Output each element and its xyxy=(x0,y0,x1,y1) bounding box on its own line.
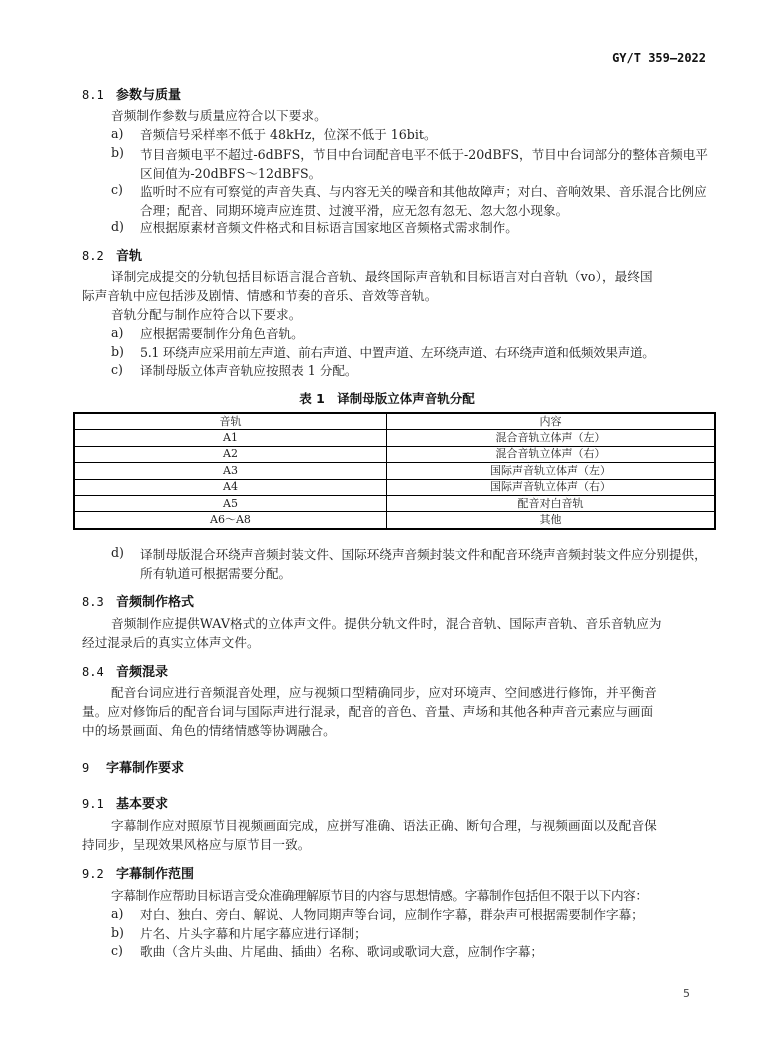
paragraph-line: 字幕制作应对照原节目视频画面完成，应拼写准确、语法正确、断句合理，与视频画面以及… xyxy=(111,817,657,835)
table-cell: A3 xyxy=(74,463,387,479)
paragraph-line: 音频制作应提供WAV格式的立体声文件。提供分轨文件时，混合音轨、国际声音轨、音乐… xyxy=(111,615,662,633)
section-title: 字幕制作范围 xyxy=(116,867,194,882)
list-marker: c) xyxy=(111,182,123,197)
list-item: 监听时不应有可察觉的声音失真、与内容无关的噪音和其他故障声；对白、音响效果、音乐… xyxy=(140,182,716,220)
section-title: 音频制作格式 xyxy=(116,595,194,610)
table-row: A2 混合音轨立体声（右） xyxy=(74,446,715,462)
page-number: 5 xyxy=(683,987,690,1000)
paragraph-line: 中的场景画面、角色的情绪情感等协调融合。 xyxy=(82,722,336,740)
column-header: 音轨 xyxy=(74,413,387,430)
list-item: 译制母版立体声音轨应按照表 1 分配。 xyxy=(140,362,716,380)
section-title: 音频混录 xyxy=(116,665,168,680)
table-row: A1 混合音轨立体声（左） xyxy=(74,430,715,446)
paragraph-line: 际声音轨中应包括涉及剧情、情感和节奏的音乐、音效等音轨。 xyxy=(82,287,437,305)
list-item: 5.1 环绕声应采用前左声道、前右声道、中置声道、左环绕声道、右环绕声道和低频效… xyxy=(140,344,730,362)
section-title: 参数与质量 xyxy=(116,88,181,103)
list-marker: a) xyxy=(111,126,123,141)
section-number: 8.2 xyxy=(82,249,116,263)
list-marker: a) xyxy=(111,906,123,921)
paragraph-line: 持同步，呈现效果风格应与原节目一致。 xyxy=(82,836,311,854)
track-allocation-table: 音轨 内容 A1 混合音轨立体声（左） A2 混合音轨立体声（右） A3 国际声… xyxy=(73,412,716,530)
section-number: 9.2 xyxy=(82,867,116,881)
list-item: 歌曲（含片头曲、片尾曲、插曲）名称、歌词或歌词大意，应制作字幕； xyxy=(140,943,716,961)
table-row: A6～A8 其他 xyxy=(74,512,715,529)
table-cell: 混合音轨立体声（左） xyxy=(387,430,716,446)
paragraph: 音轨分配与制作应符合以下要求。 xyxy=(111,306,301,324)
list-item: 应根据需要制作分角色音轨。 xyxy=(140,325,716,343)
section-number: 8.4 xyxy=(82,665,116,679)
list-item: 音频信号采样率不低于 48kHz，位深不低于 16bit。 xyxy=(140,126,716,144)
list-item: 节目音频电平不超过-6dBFS，节目中台词配音电平不低于-20dBFS，节目中台… xyxy=(140,145,716,183)
table-caption: 表 1 译制母版立体声音轨分配 xyxy=(0,389,774,407)
table-cell: 国际声音轨立体声（左） xyxy=(387,463,716,479)
section-heading-8-2: 8.2音轨 xyxy=(82,245,142,264)
list-marker: b) xyxy=(111,925,124,940)
table-cell: 配音对白音轨 xyxy=(387,495,716,511)
paragraph-line: 经过混录后的真实立体声文件。 xyxy=(82,634,260,652)
table-cell: A6～A8 xyxy=(74,512,387,529)
table-row: A3 国际声音轨立体声（左） xyxy=(74,463,715,479)
chapter-heading-9: 9字幕制作要求 xyxy=(82,757,184,776)
section-heading-9-2: 9.2字幕制作范围 xyxy=(82,863,194,882)
list-marker: d) xyxy=(111,545,124,560)
table-cell: A1 xyxy=(74,430,387,446)
section-number: 8.3 xyxy=(82,595,116,609)
standard-code: GY/T 359—2022 xyxy=(612,51,706,65)
table-row: A5 配音对白音轨 xyxy=(74,495,715,511)
chapter-title: 字幕制作要求 xyxy=(106,761,184,776)
list-item: 片名、片头字幕和片尾字幕应进行译制； xyxy=(140,925,716,943)
list-marker: b) xyxy=(111,145,124,160)
table-cell: 混合音轨立体声（右） xyxy=(387,446,716,462)
paragraph: 字幕制作应帮助目标语言受众准确理解原节目的内容与思想情感。字幕制作包括但不限于以… xyxy=(111,887,648,905)
table-cell: 其他 xyxy=(387,512,716,529)
section-heading-8-3: 8.3音频制作格式 xyxy=(82,591,194,610)
list-marker: a) xyxy=(111,325,123,340)
section-number: 8.1 xyxy=(82,88,116,102)
list-item: 译制母版混合环绕声音频封装文件、国际环绕声音频封装文件和配音环绕声音频封装文件应… xyxy=(140,545,716,583)
column-header: 内容 xyxy=(387,413,716,430)
section-heading-8-4: 8.4音频混录 xyxy=(82,661,168,680)
paragraph-line: 量。应对修饰后的配音台词与国际声进行混录，配音的音色、音量、声场和其他各种声音元… xyxy=(82,703,653,721)
list-marker: c) xyxy=(111,943,123,958)
table-row: A4 国际声音轨立体声（右） xyxy=(74,479,715,495)
chapter-number: 9 xyxy=(82,761,106,775)
list-item: 应根据原素材音频文件格式和目标语言国家地区音频格式需求制作。 xyxy=(140,219,716,237)
section-title: 基本要求 xyxy=(116,797,168,812)
list-marker: d) xyxy=(111,219,124,234)
table-header-row: 音轨 内容 xyxy=(74,413,715,430)
table-cell: 国际声音轨立体声（右） xyxy=(387,479,716,495)
paragraph: 音频制作参数与质量应符合以下要求。 xyxy=(111,107,327,125)
list-marker: c) xyxy=(111,362,123,377)
table-cell: A4 xyxy=(74,479,387,495)
section-heading-8-1: 8.1参数与质量 xyxy=(82,84,181,103)
list-item: 对白、独白、旁白、解说、人物同期声等台词，应制作字幕，群杂声可根据需要制作字幕； xyxy=(140,906,730,924)
section-title: 音轨 xyxy=(116,249,142,264)
table-cell: A5 xyxy=(74,495,387,511)
list-marker: b) xyxy=(111,344,124,359)
section-number: 9.1 xyxy=(82,797,116,811)
table-cell: A2 xyxy=(74,446,387,462)
paragraph-line: 译制完成提交的分轨包括目标语言混合音轨、最终国际声音轨和目标语言对白音轨（vo）… xyxy=(111,268,653,286)
paragraph-line: 配音台词应进行音频混音处理，应与视频口型精确同步，应对环境声、空间感进行修饰，并… xyxy=(111,684,657,702)
section-heading-9-1: 9.1基本要求 xyxy=(82,793,168,812)
